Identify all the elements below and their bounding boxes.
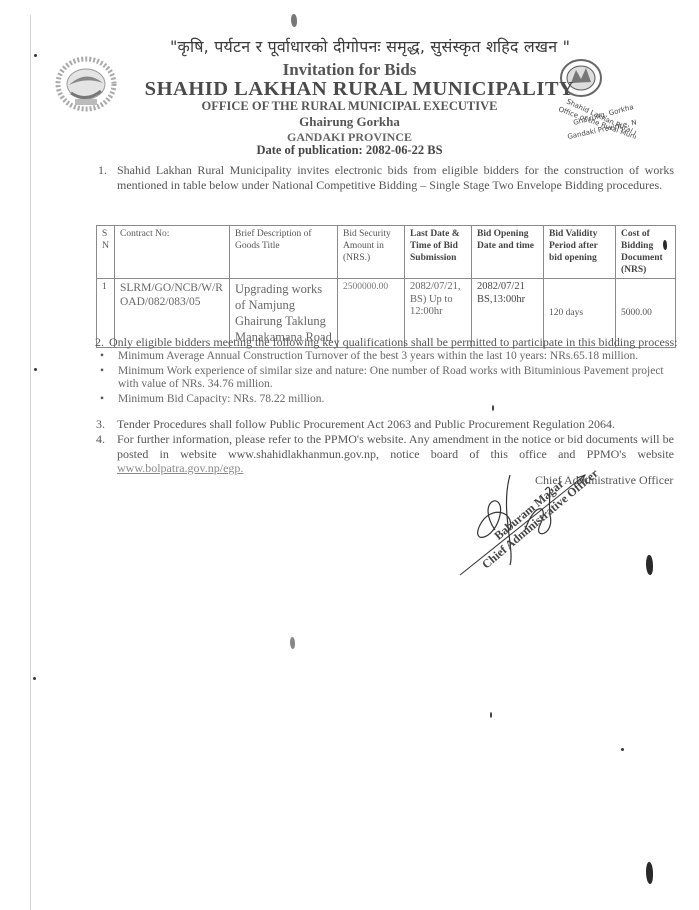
- qualification-item: Minimum Work experience of similar size …: [100, 365, 675, 391]
- header-bid-security: Bid Security Amount in (NRS.): [338, 226, 405, 279]
- location: Ghairung Gorkha: [0, 114, 699, 130]
- section-2-number: 2.: [95, 335, 104, 350]
- bolpatra-link[interactable]: www.bolpatra.gov.np/egp.: [117, 461, 243, 475]
- section-4-body: For further information, please refer to…: [117, 432, 674, 461]
- publication-date: Date of publication: 2082-06-22 BS: [0, 143, 699, 158]
- table-header-row: S N Contract No: Brief Description of Go…: [97, 226, 676, 279]
- section-3-number: 3.: [96, 417, 105, 432]
- scan-blot: [291, 14, 297, 27]
- qualification-item: Minimum Bid Capacity: NRs. 78.22 million…: [100, 393, 675, 406]
- header-opening: Bid Opening Date and time: [472, 226, 544, 279]
- qualifications-list: Minimum Average Annual Construction Turn…: [100, 350, 675, 408]
- section-4-number: 4.: [96, 432, 105, 447]
- office-name: OFFICE OF THE RURAL MUNICIPAL EXECUTIVE: [0, 99, 699, 114]
- scan-speck: [34, 368, 37, 371]
- notice-type: Invitation for Bids: [0, 60, 699, 80]
- section-1-number: 1.: [98, 163, 107, 178]
- scan-blot: [646, 555, 653, 575]
- scan-blot: [646, 862, 653, 884]
- scan-speck: [34, 54, 37, 57]
- scan-speck: [490, 712, 492, 718]
- header-last-date: Last Date & Time of Bid Submission: [405, 226, 472, 279]
- scan-speck: [33, 677, 36, 680]
- scan-speck: [621, 748, 624, 751]
- header-sn: S N: [97, 226, 115, 279]
- header-contract-no: Contract No:: [115, 226, 230, 279]
- section-3-text: Tender Procedures shall follow Public Pr…: [117, 417, 677, 432]
- organization-name: SHAHID LAKHAN RURAL MUNICIPALITY: [10, 78, 699, 101]
- slogan: "कृषि, पर्यटन र पूर्वाधारको दीगोपनः समृद…: [170, 35, 590, 57]
- section-1-text: Shahid Lakhan Rural Municipality invites…: [117, 163, 674, 192]
- header-validity: Bid Validity Period after bid opening: [544, 226, 616, 279]
- header-doc-cost: Cost of Bidding Document (NRS): [616, 226, 676, 279]
- section-2-intro: Only eligible bidders meeting the follow…: [109, 335, 679, 350]
- scan-blot: [290, 637, 295, 649]
- qualification-item: Minimum Average Annual Construction Turn…: [100, 350, 675, 363]
- bids-table: S N Contract No: Brief Description of Go…: [96, 225, 676, 348]
- header-description: Brief Description of Goods Title: [230, 226, 338, 279]
